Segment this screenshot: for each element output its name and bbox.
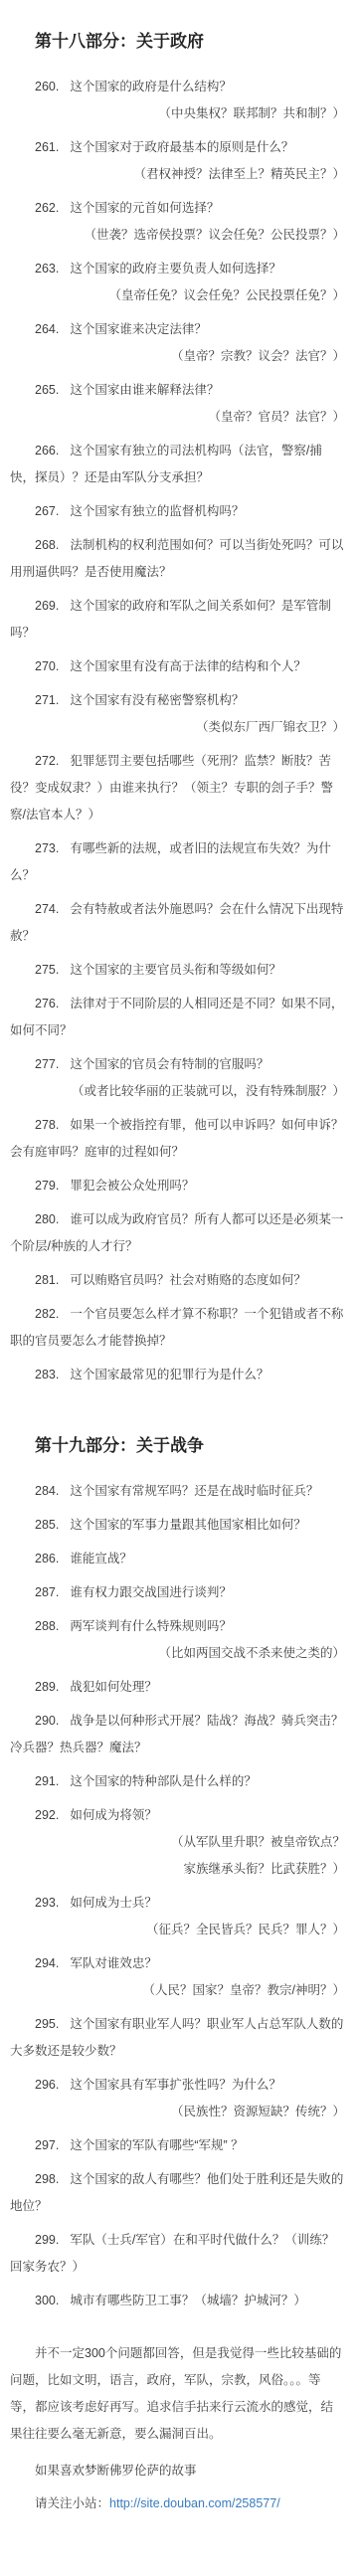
question-item: 262.这个国家的元首如何选择？（世袭？选帝侯投票？议会任免？公民投票？） (10, 195, 345, 249)
question-number: 295. (35, 2017, 59, 2031)
question-line: 286.谁能宣战？ (10, 1546, 345, 1572)
question-item: 288.两军谈判有什么特殊规则吗？（比如两国交战不杀来使之类的） (10, 1613, 345, 1667)
question-text: 如何成为将领？ (70, 1808, 157, 1822)
question-number: 285. (35, 1518, 59, 1532)
question-item: 279.罪犯会被公众处刑吗？ (10, 1173, 345, 1199)
question-number: 297. (35, 2138, 59, 2152)
question-line: 266.这个国家有独立的司法机构吗（法官，警察/捕快，探员）？还是由军队分支承担… (10, 438, 345, 491)
question-line: 287.谁有权力跟交战国进行谈判？ (10, 1579, 345, 1606)
question-item: 290.战争是以何种形式开展？陆战？海战？骑兵突击？冷兵器？热兵器？魔法？ (10, 1708, 345, 1761)
question-text: 这个国家有职业军人吗？职业军人占总军队人数的大多数还是较少数？ (10, 2017, 343, 2058)
question-line: 297.这个国家的军队有哪些“军规” ？ (10, 2132, 345, 2159)
question-line: 261.这个国家对于政府最基本的原则是什么？ (10, 134, 345, 161)
question-line: 293.如何成为士兵？ (10, 1890, 345, 1917)
question-text: 这个国家有没有秘密警察机构？ (70, 693, 244, 707)
question-item: 300.城市有哪些防卫工事？（城墙？护城河？） (10, 2288, 345, 2314)
question-line: 274.会有特赦或者法外施恩吗？会在什么情况下出现特赦？ (10, 896, 345, 950)
question-number: 261. (35, 140, 59, 154)
question-item: 292.如何成为将领？（从军队里升职？被皇帝钦点？家族继承头衔？比武获胜？） (10, 1802, 345, 1883)
question-line: 277.这个国家的官员会有特制的官服吗？ (10, 1051, 345, 1078)
hint-line: （世袭？选帝侯投票？议会任免？公民投票？） (10, 222, 345, 249)
question-number: 292. (35, 1808, 59, 1822)
question-text: 战争是以何种形式开展？陆战？海战？骑兵突击？冷兵器？热兵器？魔法？ (10, 1714, 343, 1754)
question-line: 260.这个国家的政府是什么结构？ (10, 74, 345, 100)
promo-line: 如果喜欢梦断佛罗伦萨的故事 (10, 2458, 345, 2484)
question-text: 这个国家的敌人有哪些？他们处于胜利还是失败的地位？ (10, 2172, 343, 2213)
hint-line: （皇帝？官员？法官？） (10, 404, 345, 431)
question-number: 277. (35, 1057, 59, 1071)
question-text: 如何成为士兵？ (70, 1896, 157, 1910)
question-line: 275.这个国家的主要官员头衔和等级如何？ (10, 957, 345, 984)
question-item: 294.军队对谁效忠？（人民？国家？皇帝？教宗/神明？） (10, 1950, 345, 2004)
hint-line: （或者比较华丽的正装就可以，没有特殊制服？） (10, 1078, 345, 1105)
question-number: 265. (35, 383, 59, 397)
follow-line: 请关注小站：http://site.douban.com/258577/ (10, 2490, 345, 2517)
question-text: 这个国家由谁来解释法律？ (70, 383, 219, 397)
sections-container: 第十八部分：关于政府260.这个国家的政府是什么结构？（中央集权？联邦制？共和制… (10, 30, 345, 2314)
question-number: 264. (35, 322, 59, 336)
question-item: 268.法制机构的权利范围如何？可以当街处死吗？可以用刑逼供吗？是否使用魔法？ (10, 532, 345, 586)
hint-line: 家族继承头衔？比武获胜？） (10, 1856, 345, 1883)
question-line: 283.这个国家最常见的犯罪行为是什么？ (10, 1362, 345, 1388)
question-item: 281.可以贿赂官员吗？社会对贿赂的态度如何？ (10, 1267, 345, 1294)
question-line: 282.一个官员要怎么样才算不称职？一个犯错或者不称职的官员要怎么才能替换掉？ (10, 1301, 345, 1355)
question-text: 这个国家的军事力量跟其他国家相比如何？ (70, 1518, 306, 1532)
hint-line: （皇帝任免？议会任免？公民投票任免？） (10, 282, 345, 309)
question-line: 264.这个国家谁来决定法律？ (10, 316, 345, 343)
question-text: 法律对于不同阶层的人相同还是不同？如果不同，如何不同？ (10, 997, 343, 1037)
question-line: 273.有哪些新的法规，或者旧的法规宣布失效？为什么？ (10, 835, 345, 889)
question-text: 这个国家最常见的犯罪行为是什么？ (70, 1368, 268, 1381)
follow-prefix: 请关注小站： (35, 2496, 109, 2510)
question-item: 285.这个国家的军事力量跟其他国家相比如何？ (10, 1512, 345, 1539)
question-line: 281.可以贿赂官员吗？社会对贿赂的态度如何？ (10, 1267, 345, 1294)
question-text: 这个国家有常规军吗？还是在战时临时征兵？ (70, 1484, 318, 1498)
question-number: 270. (35, 659, 59, 673)
hint-line: （类似东厂西厂锦衣卫？） (10, 714, 345, 741)
question-line: 276.法律对于不同阶层的人相同还是不同？如果不同，如何不同？ (10, 991, 345, 1044)
question-number: 283. (35, 1368, 59, 1381)
question-line: 263.这个国家的政府主要负责人如何选择？ (10, 256, 345, 282)
question-line: 298.这个国家的敌人有哪些？他们处于胜利还是失败的地位？ (10, 2166, 345, 2220)
question-item: 275.这个国家的主要官员头衔和等级如何？ (10, 957, 345, 984)
question-number: 281. (35, 1273, 59, 1287)
question-line: 268.法制机构的权利范围如何？可以当街处死吗？可以用刑逼供吗？是否使用魔法？ (10, 532, 345, 586)
question-item: 278.如果一个被指控有罪，他可以申诉吗？如何申诉？会有庭审吗？庭审的过程如何？ (10, 1112, 345, 1166)
question-number: 289. (35, 1680, 59, 1694)
question-number: 271. (35, 693, 59, 707)
question-number: 279. (35, 1179, 59, 1193)
douban-site-link[interactable]: http://site.douban.com/258577/ (109, 2496, 280, 2510)
question-line: 299.军队（士兵/军官）在和平时代做什么？（训练？回家务农？） (10, 2227, 345, 2281)
question-text: 谁可以成为政府官员？所有人都可以还是必须某一个阶层/种族的人才行？ (10, 1212, 343, 1253)
question-item: 269.这个国家的政府和军队之间关系如何？是军管制吗？ (10, 593, 345, 646)
question-line: 280.谁可以成为政府官员？所有人都可以还是必须某一个阶层/种族的人才行？ (10, 1206, 345, 1260)
question-text: 这个国家谁来决定法律？ (70, 322, 207, 336)
question-number: 299. (35, 2233, 59, 2247)
question-item: 270.这个国家里有没有高于法律的结构和个人？ (10, 653, 345, 680)
question-number: 273. (35, 841, 59, 855)
question-item: 274.会有特赦或者法外施恩吗？会在什么情况下出现特赦？ (10, 896, 345, 950)
question-number: 266. (35, 444, 59, 458)
section-title: 第十八部分：关于政府 (10, 30, 345, 54)
question-item: 286.谁能宣战？ (10, 1546, 345, 1572)
question-number: 267. (35, 504, 59, 518)
questionnaire-document: 第十八部分：关于政府260.这个国家的政府是什么结构？（中央集权？联邦制？共和制… (0, 0, 358, 2557)
question-number: 274. (35, 902, 59, 916)
question-text: 这个国家对于政府最基本的原则是什么？ (70, 140, 293, 154)
question-item: 287.谁有权力跟交战国进行谈判？ (10, 1579, 345, 1606)
hint-line: （皇帝？宗教？议会？法官？） (10, 343, 345, 370)
question-text: 战犯如何处理？ (70, 1680, 157, 1694)
question-line: 294.军队对谁效忠？ (10, 1950, 345, 1977)
question-item: 280.谁可以成为政府官员？所有人都可以还是必须某一个阶层/种族的人才行？ (10, 1206, 345, 1260)
question-line: 267.这个国家有独立的监督机构吗？ (10, 498, 345, 525)
question-line: 292.如何成为将领？ (10, 1802, 345, 1829)
question-text: 罪犯会被公众处刑吗？ (70, 1179, 194, 1193)
hint-line: （人民？国家？皇帝？教宗/神明？） (10, 1977, 345, 2004)
question-text: 城市有哪些防卫工事？（城墙？护城河？） (70, 2294, 306, 2307)
question-item: 263.这个国家的政府主要负责人如何选择？（皇帝任免？议会任免？公民投票任免？） (10, 256, 345, 309)
question-line: 265.这个国家由谁来解释法律？ (10, 377, 345, 404)
question-number: 268. (35, 538, 59, 552)
question-number: 272. (35, 754, 59, 768)
question-item: 289.战犯如何处理？ (10, 1674, 345, 1701)
question-line: 271.这个国家有没有秘密警察机构？ (10, 687, 345, 714)
question-item: 296.这个国家具有军事扩张性吗？为什么？（民族性？资源短缺？传统？） (10, 2072, 345, 2125)
question-text: 法制机构的权利范围如何？可以当街处死吗？可以用刑逼供吗？是否使用魔法？ (10, 538, 343, 579)
question-text: 一个官员要怎么样才算不称职？一个犯错或者不称职的官员要怎么才能替换掉？ (10, 1307, 343, 1348)
question-text: 两军谈判有什么特殊规则吗？ (70, 1619, 232, 1633)
question-line: 278.如果一个被指控有罪，他可以申诉吗？如何申诉？会有庭审吗？庭审的过程如何？ (10, 1112, 345, 1166)
question-item: 272.犯罪惩罚主要包括哪些（死刑？监禁？断肢？苦役？变成奴隶？）由谁来执行？（… (10, 748, 345, 828)
question-item: 265.这个国家由谁来解释法律？（皇帝？官员？法官？） (10, 377, 345, 431)
question-number: 296. (35, 2078, 59, 2092)
question-text: 这个国家的政府是什么结构？ (70, 80, 232, 93)
question-number: 294. (35, 1956, 59, 1970)
question-number: 291. (35, 1774, 59, 1788)
question-item: 293.如何成为士兵？（征兵？全民皆兵？民兵？罪人？） (10, 1890, 345, 1943)
question-line: 279.罪犯会被公众处刑吗？ (10, 1173, 345, 1199)
question-line: 262.这个国家的元首如何选择？ (10, 195, 345, 222)
question-item: 271.这个国家有没有秘密警察机构？（类似东厂西厂锦衣卫？） (10, 687, 345, 741)
question-item: 266.这个国家有独立的司法机构吗（法官，警察/捕快，探员）？还是由军队分支承担… (10, 438, 345, 491)
question-line: 270.这个国家里有没有高于法律的结构和个人？ (10, 653, 345, 680)
question-item: 291.这个国家的特种部队是什么样的？ (10, 1768, 345, 1795)
question-line: 290.战争是以何种形式开展？陆战？海战？骑兵突击？冷兵器？热兵器？魔法？ (10, 1708, 345, 1761)
question-text: 这个国家的主要官员头衔和等级如何？ (70, 963, 281, 977)
question-number: 286. (35, 1552, 59, 1565)
question-item: 276.法律对于不同阶层的人相同还是不同？如果不同，如何不同？ (10, 991, 345, 1044)
question-text: 军队对谁效忠？ (70, 1956, 157, 1970)
question-item: 264.这个国家谁来决定法律？（皇帝？宗教？议会？法官？） (10, 316, 345, 370)
question-item: 284.这个国家有常规军吗？还是在战时临时征兵？ (10, 1478, 345, 1505)
question-line: 272.犯罪惩罚主要包括哪些（死刑？监禁？断肢？苦役？变成奴隶？）由谁来执行？（… (10, 748, 345, 828)
question-number: 275. (35, 963, 59, 977)
question-number: 282. (35, 1307, 59, 1321)
question-item: 298.这个国家的敌人有哪些？他们处于胜利还是失败的地位？ (10, 2166, 345, 2220)
question-number: 288. (35, 1619, 59, 1633)
question-number: 287. (35, 1585, 59, 1599)
question-text: 这个国家有独立的监督机构吗？ (70, 504, 244, 518)
question-item: 297.这个国家的军队有哪些“军规” ？ (10, 2132, 345, 2159)
question-text: 可以贿赂官员吗？社会对贿赂的态度如何？ (70, 1273, 306, 1287)
question-line: 285.这个国家的军事力量跟其他国家相比如何？ (10, 1512, 345, 1539)
question-item: 299.军队（士兵/军官）在和平时代做什么？（训练？回家务农？） (10, 2227, 345, 2281)
question-number: 278. (35, 1118, 59, 1132)
question-number: 300. (35, 2294, 59, 2307)
question-text: 谁有权力跟交战国进行谈判？ (70, 1585, 232, 1599)
question-item: 295.这个国家有职业军人吗？职业军人占总军队人数的大多数还是较少数？ (10, 2011, 345, 2065)
question-line: 288.两军谈判有什么特殊规则吗？ (10, 1613, 345, 1640)
hint-line: （从军队里升职？被皇帝钦点？ (10, 1829, 345, 1856)
question-item: 260.这个国家的政府是什么结构？（中央集权？联邦制？共和制？） (10, 74, 345, 127)
question-number: 263. (35, 262, 59, 276)
hint-line: （比如两国交战不杀来使之类的） (10, 1640, 345, 1667)
question-text: 这个国家的特种部队是什么样的？ (70, 1774, 257, 1788)
question-number: 298. (35, 2172, 59, 2186)
question-line: 269.这个国家的政府和军队之间关系如何？是军管制吗？ (10, 593, 345, 646)
question-number: 276. (35, 997, 59, 1011)
question-text: 这个国家里有没有高于法律的结构和个人？ (70, 659, 306, 673)
question-line: 289.战犯如何处理？ (10, 1674, 345, 1701)
question-line: 295.这个国家有职业军人吗？职业军人占总军队人数的大多数还是较少数？ (10, 2011, 345, 2065)
question-text: 会有特赦或者法外施恩吗？会在什么情况下出现特赦？ (10, 902, 343, 943)
hint-line: （民族性？资源短缺？传统？） (10, 2099, 345, 2125)
question-number: 290. (35, 1714, 59, 1728)
question-item: 273.有哪些新的法规，或者旧的法规宣布失效？为什么？ (10, 835, 345, 889)
question-number: 269. (35, 599, 59, 613)
question-item: 277.这个国家的官员会有特制的官服吗？（或者比较华丽的正装就可以，没有特殊制服… (10, 1051, 345, 1105)
question-number: 284. (35, 1484, 59, 1498)
question-text: 这个国家的元首如何选择？ (70, 201, 219, 215)
hint-line: （征兵？全民皆兵？民兵？罪人？） (10, 1917, 345, 1943)
hint-line: （君权神授？法律至上？精英民主？） (10, 161, 345, 188)
question-item: 261.这个国家对于政府最基本的原则是什么？（君权神授？法律至上？精英民主？） (10, 134, 345, 188)
question-line: 284.这个国家有常规军吗？还是在战时临时征兵？ (10, 1478, 345, 1505)
closing-note: 并不一定300个问题都回答，但是我觉得一些比较基础的问题，比如文明，语言，政府，… (10, 2340, 345, 2448)
question-text: 这个国家的政府主要负责人如何选择？ (70, 262, 281, 276)
question-item: 283.这个国家最常见的犯罪行为是什么？ (10, 1362, 345, 1388)
question-text: 这个国家的军队有哪些“军规” ？ (70, 2138, 243, 2152)
section-title: 第十九部分：关于战争 (10, 1434, 345, 1458)
question-line: 291.这个国家的特种部队是什么样的？ (10, 1768, 345, 1795)
question-text: 谁能宣战？ (70, 1552, 132, 1565)
question-item: 282.一个官员要怎么样才算不称职？一个犯错或者不称职的官员要怎么才能替换掉？ (10, 1301, 345, 1355)
question-number: 293. (35, 1896, 59, 1910)
question-text: 这个国家具有军事扩张性吗？为什么？ (70, 2078, 281, 2092)
question-number: 262. (35, 201, 59, 215)
question-text: 这个国家的官员会有特制的官服吗？ (70, 1057, 268, 1071)
question-item: 267.这个国家有独立的监督机构吗？ (10, 498, 345, 525)
question-text: 如果一个被指控有罪，他可以申诉吗？如何申诉？会有庭审吗？庭审的过程如何？ (10, 1118, 343, 1159)
hint-line: （中央集权？联邦制？共和制？） (10, 100, 345, 127)
question-line: 296.这个国家具有军事扩张性吗？为什么？ (10, 2072, 345, 2099)
question-line: 300.城市有哪些防卫工事？（城墙？护城河？） (10, 2288, 345, 2314)
question-number: 260. (35, 80, 59, 93)
question-number: 280. (35, 1212, 59, 1226)
